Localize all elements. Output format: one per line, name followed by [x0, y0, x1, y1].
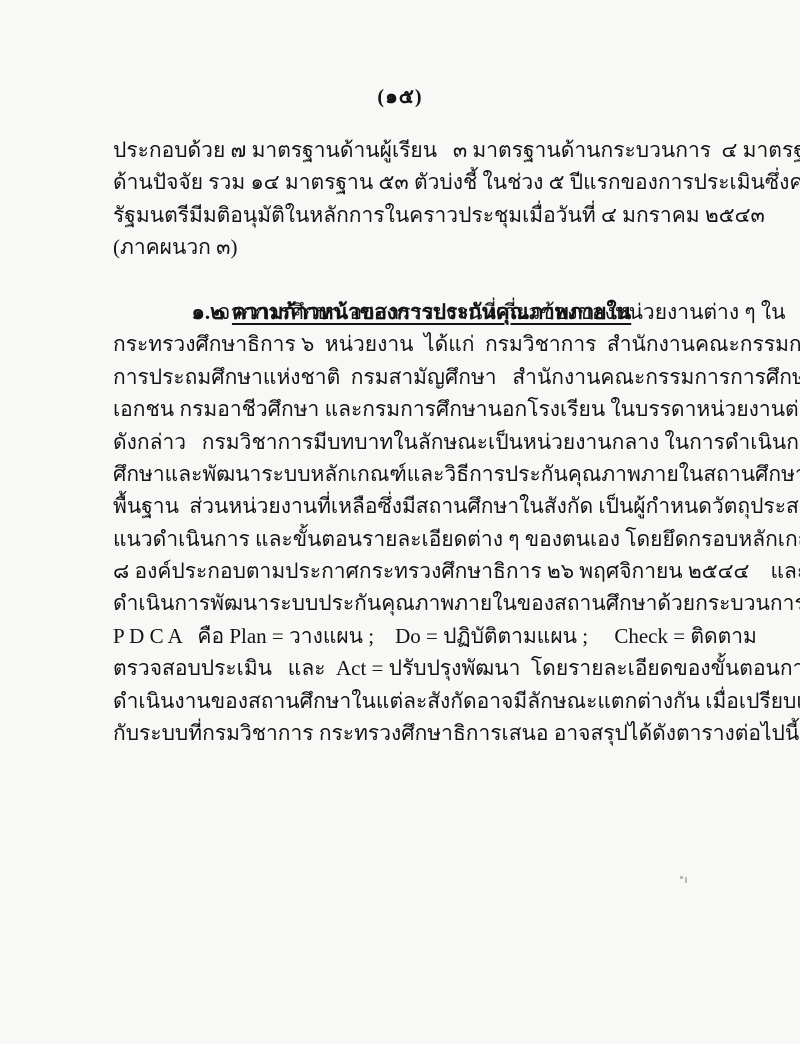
text-line: ประกอบด้วย ๗ มาตรฐานด้านผู้เรียน ๓ มาตรฐ… — [113, 134, 695, 166]
text-line: ดังกล่าว กรมวิชาการมีบทบาทในลักษณะเป็นหน… — [113, 426, 695, 458]
section-heading: ๑.๒ความก้าวหน้าของการประกันคุณภาพภายใน — [113, 264, 695, 296]
text-line: รัฐมนตรีมีมติอนุมัติในหลักการในคราวประชุ… — [113, 199, 695, 231]
text-line: พื้นฐาน ส่วนหน่วยงานที่เหลือซึ่งมีสถานศึ… — [113, 490, 695, 522]
text-line: กระทรวงศึกษาธิการ ๖ หน่วยงาน ได้แก่ กรมว… — [113, 328, 695, 360]
text-line: แนวดำเนินการ และขั้นตอนรายละเอียดต่าง ๆ … — [113, 523, 695, 555]
text-line: กับระบบที่กรมวิชาการ กระทรวงศึกษาธิการเส… — [113, 717, 695, 749]
text-line: ดำเนินงานของสถานศึกษาในแต่ละสังกัดอาจมีล… — [113, 685, 695, 717]
page-number: (๑๕) — [0, 80, 800, 112]
scanned-document-page: (๑๕) ประกอบด้วย ๗ มาตรฐานด้านผู้เรียน ๓ … — [0, 0, 800, 1044]
text-line: ด้านปัจจัย รวม ๑๔ มาตรฐาน ๕๓ ตัวบ่งชี้ ใ… — [113, 166, 695, 198]
text-line: เอกชน กรมอาชีวศึกษา และกรมการศึกษานอกโรง… — [113, 393, 695, 425]
text-line: ศึกษาและพัฒนาระบบหลักเกณฑ์และวิธีการประก… — [113, 458, 695, 490]
document-text-block: ประกอบด้วย ๗ มาตรฐานด้านผู้เรียน ๓ มาตรฐ… — [113, 134, 695, 749]
text-line: (ภาคผนวก ๓) — [113, 231, 695, 263]
text-line: ดำเนินการพัฒนาระบบประกันคุณภาพภายในของสถ… — [113, 587, 695, 619]
text-line: P D C A คือ Plan = วางแผน ; Do = ปฏิบัติ… — [113, 620, 695, 652]
text-line: ๘ องค์ประกอบตามประกาศกระทรวงศึกษาธิการ ๒… — [113, 555, 695, 587]
text-line: การประถมศึกษาแห่งชาติ กรมสามัญศึกษา สำนั… — [113, 361, 695, 393]
scan-artifact — [680, 876, 690, 884]
text-line: ตรวจสอบประเมิน และ Act = ปรับปรุงพัฒนา โ… — [113, 652, 695, 684]
